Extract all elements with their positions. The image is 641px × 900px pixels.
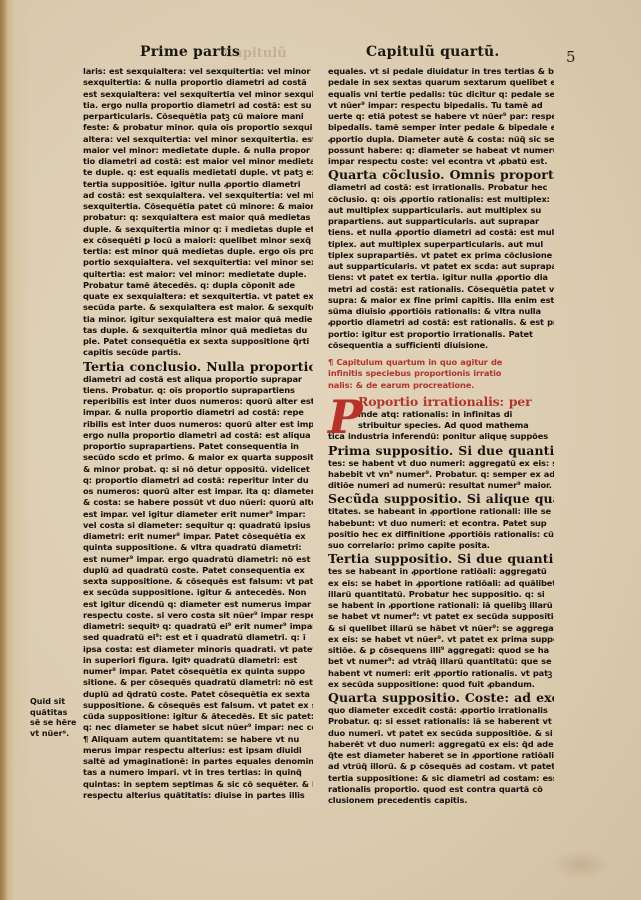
text-line: Quid sit xyxy=(30,697,80,708)
text-line: impar. & nulla proportio diametri ad cos… xyxy=(83,407,313,418)
text-line: vt nũer⁹ impar: respectu bipedalis. Tu t… xyxy=(328,100,554,111)
text-line: tertia: est minor quã medietas duple. er… xyxy=(83,246,313,257)
text-line: illarũ quantitatũ. Probatur hec supposit… xyxy=(328,589,554,600)
text-line: ꝓportio diametri ad costã: est rationali… xyxy=(328,317,554,328)
text-line: est sexquialtera: vel sexquitertia vel m… xyxy=(83,89,313,100)
paper-stain xyxy=(551,850,611,880)
text-line: ꝓportio dupla. Diameter autẽ & costa: nũ… xyxy=(328,134,554,145)
text-line: merus impar respectu alterius: est ipsam… xyxy=(83,745,313,756)
text-line: diametri ad costã est aliqua proportio s… xyxy=(83,374,313,385)
text-line: sexta suppositione. & cõsequẽs est falsu… xyxy=(83,576,313,587)
text-line: duplũ ad q̃dratũ coste. Patet cõsequẽtia… xyxy=(83,689,313,700)
text-line: equalis vni tertie pedalis: tũc dicitur … xyxy=(328,89,554,100)
right-paragraph-a: equales. vt si pedale diuidatur in tres … xyxy=(328,66,554,167)
text-line: supra: & maior ex fine primi capitis. Il… xyxy=(328,295,554,306)
text-line: vt nũer⁹. xyxy=(30,729,80,740)
text-line: tas a numero impari. vt in tres tertias:… xyxy=(83,767,313,778)
text-line: ple. Patet consequẽtia ex sexta supposit… xyxy=(83,336,313,347)
text-line: duo numeri. vt patet ex secũda suppositi… xyxy=(328,728,554,739)
text-line: stribuitur species. Ad quod mathema xyxy=(358,420,554,431)
heading-tertia-suppositio: Tertia suppositio. Si due quantita xyxy=(328,551,554,566)
text-line: proportio suprapartiens. Patet consequen… xyxy=(83,441,313,452)
text-line: ¶ Aliquam autem quantitatem: se habere v… xyxy=(83,734,313,745)
running-head-left: Prime partis xyxy=(140,44,240,60)
text-line: tiplex. aut multiplex superparticularis.… xyxy=(328,239,554,250)
left-column: laris: est sexquialtera: vel sexquiterti… xyxy=(83,66,313,801)
text-line: duple. & sexquitertia minor q: ĩ medieta… xyxy=(83,224,313,235)
text-line: sexquitertia: & nulla proportio diametri… xyxy=(83,77,313,88)
text-line: rationalis proportio. quod est contra qu… xyxy=(328,784,554,795)
text-line: prapartiens. aut supparticularis. aut su… xyxy=(328,216,554,227)
text-line: habebit vt vn⁹ numer⁹. Probatur. q: semp… xyxy=(328,469,554,480)
heading-quarta-conclusio: Quarta cõclusio. Omnis proportio xyxy=(328,167,554,182)
text-line: vel costa si diameter: sequitur q: quadr… xyxy=(83,520,313,531)
text-line: quitertia: est maior: vel minor: medieta… xyxy=(83,269,313,280)
text-line: ex eis: se habet vt nũer⁹. vt patet ex p… xyxy=(328,634,554,645)
text-line: est numer⁹ impar. ergo quadratũ diametri… xyxy=(83,554,313,565)
text-line: sitiõe. & ꝑ cõsequens illi⁹ aggregati: q… xyxy=(328,645,554,656)
text-line: quãtitas xyxy=(30,708,80,719)
text-line: est igitur dicendũ q: diameter est numer… xyxy=(83,599,313,610)
text-line: q: nec diameter se habet sicut nũer⁹ imp… xyxy=(83,722,313,733)
left-paragraph-a: laris: est sexquialtera: vel sexquiterti… xyxy=(83,66,313,359)
text-line: ex secũda suppositione. igitur & anteced… xyxy=(83,587,313,598)
text-line: est impar. vel igitur diameter erit nume… xyxy=(83,509,313,520)
text-line: bet vt numer⁹: ad vtrãq̃ illarũ quantita… xyxy=(328,656,554,667)
tertia-suppositio-text: tes se habeant in ꝓportione ratiõali: ag… xyxy=(328,566,554,690)
folio-number: 5 xyxy=(566,48,576,66)
heading-prima-suppositio: Prima suppositio. Si due quantita xyxy=(328,443,554,458)
text-line: diametri: erit numer⁹ impar. Patet cõseq… xyxy=(83,531,313,542)
text-line: quate ex sexquialtera: et sexquitertia. … xyxy=(83,291,313,302)
text-line: cõsequentia a sufficienti diuisione. xyxy=(328,340,554,351)
text-line: sitione. & per cõsequẽs quadratũ diametr… xyxy=(83,677,313,688)
text-line: ex cõsequẽti ꝑ locũ a maiori: quelibet m… xyxy=(83,235,313,246)
text-line: ex secũda suppositione: quod fuit ꝓbandu… xyxy=(328,679,554,690)
heading-tertia-conclusio: Tertia conclusio. Nulla proportio xyxy=(83,359,313,374)
book-page: Capitulũ Prime partis Capitulũ quartũ. 5… xyxy=(0,0,641,900)
text-line: possunt habere: q: diameter se habeat vt… xyxy=(328,145,554,156)
text-line: quintas: in septem septimas & sic cõ seq… xyxy=(83,779,313,790)
decorated-initial-p: P xyxy=(328,395,362,439)
text-line: sũma diuisio ꝓportiõis rationalis: & vlt… xyxy=(328,306,554,317)
text-line: ergo nulla proportio diametri ad costã: … xyxy=(83,430,313,441)
text-line: ¶ Capitulum quartum in quo agitur de xyxy=(328,357,554,368)
text-line: saltẽ ad ymaginationẽ: in partes equales… xyxy=(83,756,313,767)
text-line: ad vtrũq̃ illorũ. & ꝑ cõsequẽs ad costam… xyxy=(328,761,554,772)
text-line: positio hec ex diffinitione ꝓportiõis ra… xyxy=(328,529,554,540)
text-line: impar respectu coste: vel econtra vt ꝓba… xyxy=(328,156,554,167)
text-line: q̃te est diameter haberet se in ꝓportion… xyxy=(328,750,554,761)
text-line: tio diametri ad costã: est maior vel min… xyxy=(83,156,313,167)
text-line: inde atq: rationalis: in infinitas di xyxy=(358,409,554,420)
text-line: & minor probat. q: si nõ detur oppositũ.… xyxy=(83,464,313,475)
chapter-opening: P Roportio irrationalis: per inde atq: r… xyxy=(328,394,554,432)
quarta-suppositio-text: quo diameter excedit costã: ꝓportio irra… xyxy=(328,705,554,806)
text-line: haberẽt vt duo numeri: aggregatũ ex eis:… xyxy=(328,739,554,750)
secunda-suppositio-text: titates. se habeant in ꝓportione rationa… xyxy=(328,506,554,551)
opening-lines: inde atq: rationalis: in infinitas distr… xyxy=(358,409,554,432)
text-line: se habent in ꝓportione rationali: iã que… xyxy=(328,600,554,611)
text-line: feste: & probatur minor. quia oĩs propor… xyxy=(83,122,313,133)
text-line: capitis secũde partis. xyxy=(83,347,313,358)
text-line: ribilis est inter duos numeros: quorũ al… xyxy=(83,419,313,430)
left-paragraph-b: diametri ad costã est aliqua proportio s… xyxy=(83,374,313,802)
text-line: maior vel minor: medietate duple. & null… xyxy=(83,145,313,156)
marginal-note: Quid sitquãtitassẽ se hẽrevt nũer⁹. xyxy=(30,697,80,739)
text-line: tes: se habent vt duo numeri: aggregatũ … xyxy=(328,458,554,469)
text-line: tertia suppositione: & sic diametri ad c… xyxy=(328,773,554,784)
opening-heading: Roportio irrationalis: per xyxy=(358,394,554,409)
text-line: perparticularis. Cõsequẽtia patꝫ cũ maio… xyxy=(83,111,313,122)
text-line: habebunt: vt duo numeri: et econtra. Pat… xyxy=(328,518,554,529)
text-line: tia. ergo nulla proportio diametri ad co… xyxy=(83,100,313,111)
text-line: ad costã: est sexquialtera. vel sexquite… xyxy=(83,190,313,201)
text-line: te duple. q: est equalis medietati duple… xyxy=(83,167,313,178)
text-line: Probatur tamẽ ãtecedẽs. q: dupla cõponit… xyxy=(83,280,313,291)
text-line: Probatur. q: si esset rationalis: iã se … xyxy=(328,716,554,727)
text-line: titates. se habeant in ꝓportione rationa… xyxy=(328,506,554,517)
text-line: respectu coste. si vero costa sit nũer⁹ … xyxy=(83,610,313,621)
text-line: secũdo scdo et primo. & maior ex quarta … xyxy=(83,452,313,463)
text-line: clusionem precedentis capitis. xyxy=(328,795,554,806)
text-line: tas duple. & sexquitertia minor quã medi… xyxy=(83,325,313,336)
text-line: ex eis: se habet in ꝓportione ratiõali: … xyxy=(328,578,554,589)
text-line: bipedalis. tamẽ semper inter pedale & bi… xyxy=(328,122,554,133)
text-line: habent vt numeri: erit ꝓportio rationali… xyxy=(328,668,554,679)
right-column: equales. vt si pedale diuidatur in tres … xyxy=(328,66,554,806)
binding-gutter xyxy=(0,0,8,900)
text-line: diametri: sequitꝰ q: quadratũ ei⁹ erit n… xyxy=(83,621,313,632)
prima-suppositio-text: tes: se habent vt duo numeri: aggregatũ … xyxy=(328,458,554,492)
text-line: metri ad costã: est rationalis. Cõsequẽt… xyxy=(328,284,554,295)
chapter-rubric: ¶ Capitulum quartum in quo agitur deinfi… xyxy=(328,357,554,391)
text-line: probatur: q: sexquialtera est maior quã … xyxy=(83,212,313,223)
text-line: & costa: se habere possũt vt duo nũeri: … xyxy=(83,497,313,508)
text-line: se habet vt numer⁹: vt patet ex secũda s… xyxy=(328,611,554,622)
text-line: quinta suppositione. & vltra quadratũ di… xyxy=(83,542,313,553)
text-line: tiens: vt patet ex tertia. igitur nulla … xyxy=(328,272,554,283)
text-line: quo diameter excedit costã: ꝓportio irra… xyxy=(328,705,554,716)
text-line: in superiori figura. Igitꝰ quadratũ diam… xyxy=(83,655,313,666)
text-line: tertia suppositiõe. igitur nulla ꝓportio… xyxy=(83,179,313,190)
text-line: pedale in sex sextas quarum sextarum que… xyxy=(328,77,554,88)
text-line: laris: est sexquialtera: vel sexquiterti… xyxy=(83,66,313,77)
text-line: os numeros: quorũ alter est impar. ita q… xyxy=(83,486,313,497)
heading-secunda-suppositio: Secũda suppositio. Si alique quan xyxy=(328,491,554,506)
text-line: tiens. Probatur. q: oĩs proportio suprap… xyxy=(83,385,313,396)
text-line: tiplex suprapartiẽs. vt patet ex prima c… xyxy=(328,250,554,261)
text-line: suo correlario: primo capite posita. xyxy=(328,540,554,551)
text-line: aut supparticularis. vt patet ex scda: a… xyxy=(328,261,554,272)
text-line: aut multiplex supparticularis. aut multi… xyxy=(328,205,554,216)
text-line: duplũ ad quadratũ coste. Patet consequen… xyxy=(83,565,313,576)
right-paragraph-b: diametri ad costã: est irrationalis. Pro… xyxy=(328,182,554,351)
heading-quarta-suppositio: Quarta suppositio. Coste: ad excessũ xyxy=(328,690,554,705)
text-line: & si quelibet illarũ se hãbet vt nũer⁹: … xyxy=(328,623,554,634)
text-line: portio: igitur est proportio irrationali… xyxy=(328,329,554,340)
text-line: numer⁹ impar. Patet cõsequẽtia ex quinta… xyxy=(83,666,313,677)
running-head-right: Capitulũ quartũ. xyxy=(366,44,499,60)
text-line: equales. vt si pedale diuidatur in tres … xyxy=(328,66,554,77)
text-line: sẽ se hẽre xyxy=(30,718,80,729)
text-line: respectu alterius quãtitatis: diuise in … xyxy=(83,790,313,801)
text-line: sexquitertia. Cõsequẽtia patet cũ minore… xyxy=(83,201,313,212)
text-line: diametri ad costã: est irrationalis. Pro… xyxy=(328,182,554,193)
text-line: tia minor. igitur sexquialtera est maior… xyxy=(83,314,313,325)
text-line: q: proportio diametri ad costã: reperitu… xyxy=(83,475,313,486)
text-line: cõclusio. q: oĩs ꝓportio rationalis: est… xyxy=(328,194,554,205)
text-line: suppositione. & cõsequẽs est falsum. vt … xyxy=(83,700,313,711)
text-line: uerte q: etiã potest se habere vt nũer⁹ … xyxy=(328,111,554,122)
text-line: portio sexquialtera. vel sexquitertia: v… xyxy=(83,257,313,268)
text-line: ditiõe numeri ad numerũ: resultat numer⁹… xyxy=(328,480,554,491)
text-line: cũda suppositione: igitur & ãtecedẽs. Et… xyxy=(83,711,313,722)
text-line: ipsa costa: est diameter minoris quadrat… xyxy=(83,644,313,655)
text-line: secũda parte. & sexquialtera est maior. … xyxy=(83,302,313,313)
text-line: infinitis speciebus proportionis irratio xyxy=(328,368,554,379)
text-line: altera: vel sexquitertia: vel minor sexq… xyxy=(83,134,313,145)
text-line: sed quadratũ ei⁹: est et ĩ quadratũ diam… xyxy=(83,632,313,643)
text-line: tiens. et nulla ꝓportio diametri ad cost… xyxy=(328,227,554,238)
text-line: tes se habeant in ꝓportione ratiõali: ag… xyxy=(328,566,554,577)
text-line: reperibilis est inter duos numeros: quor… xyxy=(83,396,313,407)
